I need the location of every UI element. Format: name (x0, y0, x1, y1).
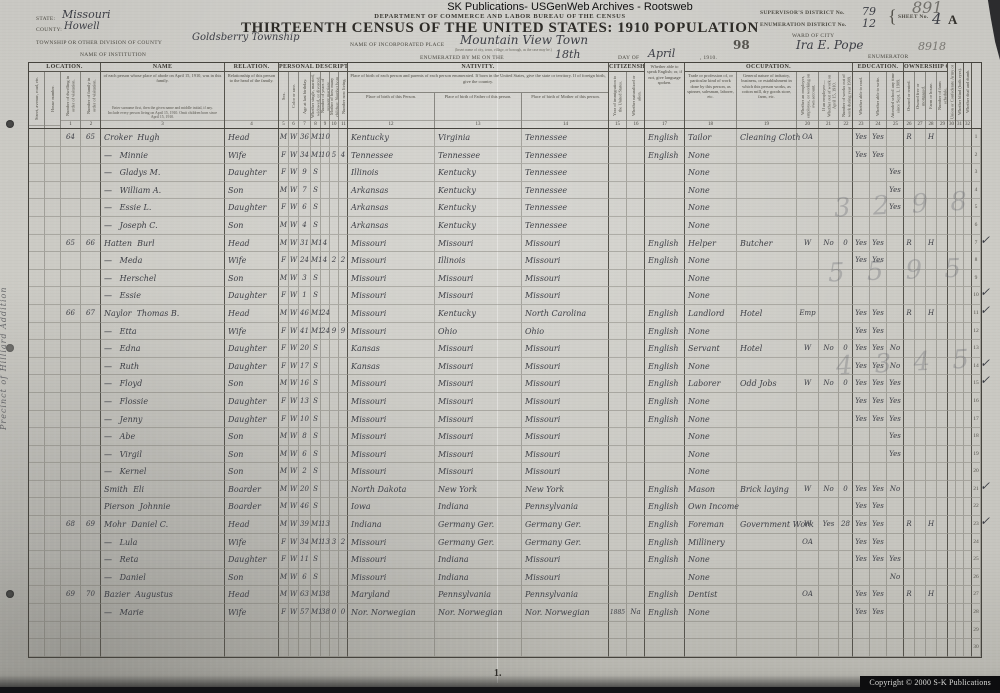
cell-marital: S (311, 411, 321, 429)
cell-employer (797, 252, 819, 270)
cell-children_living (339, 270, 348, 288)
cell-trade: Own Income (685, 498, 737, 516)
cell-war (948, 129, 956, 147)
cell-children_living (339, 393, 348, 411)
cell-pob_father (435, 622, 522, 640)
column-number: 23 (853, 120, 869, 128)
cell-years_married: 38 (321, 586, 330, 604)
cell-pob_mother: Missouri (522, 358, 609, 376)
header-cell-label (976, 63, 978, 128)
cell-color: W (289, 428, 299, 446)
cell-war (948, 428, 956, 446)
cell-age: 3 (299, 270, 311, 288)
cell-out_of_work (819, 393, 839, 411)
cell-write: Yes (870, 534, 887, 552)
cell-age: 13 (299, 393, 311, 411)
cell-family (81, 428, 101, 446)
cell-pob_mother: Tennessee (522, 199, 609, 217)
enumerator-label: ENUMERATOR (868, 54, 909, 60)
cell-blind (956, 147, 964, 165)
cell-out_of_work (819, 586, 839, 604)
cell-years_married (321, 481, 330, 499)
cell-pob_person: Missouri (348, 551, 435, 569)
header-cell-label: Whether naturalized or alien. (631, 72, 642, 120)
cell-color: W (289, 481, 299, 499)
cell-age: 9 (299, 164, 311, 182)
cell-marital: S (311, 428, 321, 446)
cell-family (81, 323, 101, 341)
cell-marital: S (311, 182, 321, 200)
header-cell-label: General nature of industry, business, or… (737, 72, 796, 120)
cell-farm_schedule (937, 534, 948, 552)
cell-pob_mother: Missouri (522, 340, 609, 358)
county-label: COUNTY: (36, 27, 62, 33)
cell-pob_person: Kentucky (348, 129, 435, 147)
cell-weeks_out (839, 411, 853, 429)
cell-color: W (289, 446, 299, 464)
cell-home_free (915, 411, 926, 429)
cell-deaf (964, 411, 972, 429)
cell-school (887, 463, 904, 481)
cell-trade: Landlord (685, 305, 737, 323)
column-number: 3 (101, 120, 224, 128)
cell-house (45, 287, 61, 305)
cell-house (45, 604, 61, 622)
cell-weeks_out (839, 446, 853, 464)
cell-family (81, 252, 101, 270)
stamp-98: 98 (733, 38, 750, 52)
cell-farm_schedule (937, 428, 948, 446)
cell-relation: Son (225, 428, 279, 446)
cell-farm_house (926, 622, 937, 640)
header-cell-label: Owned free or mortgaged. (915, 72, 925, 120)
cell-relation: Wife (225, 534, 279, 552)
cell-sex: M (279, 217, 289, 235)
cell-out_of_work (819, 534, 839, 552)
cell-marital: S (311, 340, 321, 358)
cell-children_born (330, 639, 339, 657)
cell-naturalized (627, 182, 645, 200)
checkmark: ✓ (980, 285, 990, 299)
cell-blind (956, 305, 964, 323)
cell-pob_person: Missouri (348, 270, 435, 288)
cell-naturalized (627, 428, 645, 446)
cell-pob_mother: Tennessee (522, 217, 609, 235)
cell-name: Bazier Augustus (101, 586, 225, 604)
cell-english: English (645, 252, 685, 270)
cell-war (948, 411, 956, 429)
cell-color: W (289, 182, 299, 200)
cell-industry (737, 164, 797, 182)
cell-color: W (289, 604, 299, 622)
cell-english (645, 428, 685, 446)
cell-children_born (330, 217, 339, 235)
cell-out_of_work (819, 287, 839, 305)
state-label: STATE: (36, 16, 55, 22)
cell-age: 41 (299, 323, 311, 341)
cell-color: W (289, 217, 299, 235)
cell-home_free (915, 375, 926, 393)
cell-children_living (339, 428, 348, 446)
cell-weeks_out (839, 569, 853, 587)
cell-color: W (289, 411, 299, 429)
checkmark: ✓ (980, 303, 990, 317)
cell-war (948, 534, 956, 552)
cell-children_living (339, 129, 348, 147)
cell-sex: F (279, 287, 289, 305)
header-cell: Whether able to write.24 (870, 72, 887, 128)
institution-label: NAME OF INSTITUTION (80, 52, 146, 58)
cell-pob_person: Arkansas (348, 217, 435, 235)
cell-sex: F (279, 147, 289, 165)
cell-english (645, 639, 685, 657)
cell-color (289, 622, 299, 640)
cell-home_owned: R (904, 305, 915, 323)
cell-school: Yes (887, 551, 904, 569)
ed-label: ENUMERATION DISTRICT No. (760, 22, 847, 28)
cell-name: — Minnie (101, 147, 225, 165)
header-cell-label: If an employee— Whether out of work on A… (821, 72, 837, 120)
stamp-serial: 8918 (918, 40, 946, 53)
cell-employer: W (797, 481, 819, 499)
header-group: Whether a survivor of the Union or Confe… (948, 63, 956, 128)
cell-children_living (339, 305, 348, 323)
cell-english: English (645, 147, 685, 165)
cell-farm_schedule (937, 323, 948, 341)
cell-trade: None (685, 287, 737, 305)
cell-name: — Joseph C. (101, 217, 225, 235)
cell-marital: S (311, 481, 321, 499)
cell-pob_mother: Tennessee (522, 129, 609, 147)
header-cell: Number of years of present marriage.9 (321, 72, 330, 128)
cell-sex: F (279, 340, 289, 358)
cell-war (948, 516, 956, 534)
header-cell-label: Place of birth of this Person. (365, 93, 417, 120)
cell-write: Yes (870, 481, 887, 499)
cell-family (81, 393, 101, 411)
header-cell-note: Include every person living on April 15,… (101, 111, 224, 120)
cell-pob_mother: Tennessee (522, 182, 609, 200)
cell-industry (737, 586, 797, 604)
cell-marital: M1 (311, 252, 321, 270)
cell-blind (956, 164, 964, 182)
cell-blind (956, 375, 964, 393)
cell-read: Yes (853, 551, 870, 569)
cell-home_free (915, 235, 926, 253)
header-group-title: PERSONAL DESCRIPTION. (279, 63, 347, 72)
cell-sex: M (279, 569, 289, 587)
cell-english (645, 569, 685, 587)
cell-home_owned (904, 639, 915, 657)
cell-deaf (964, 323, 972, 341)
header-cell-label: Trade or profession of, or particular ki… (685, 72, 736, 120)
cell-school (887, 235, 904, 253)
cell-pob_mother: New York (522, 481, 609, 499)
cell-employer (797, 323, 819, 341)
cell-industry (737, 358, 797, 376)
column-number: 29 (937, 120, 948, 128)
header-cell: Place of birth of Father of this person.… (435, 93, 522, 128)
header-cell: Owned free or mortgaged.27 (915, 72, 926, 128)
cell-naturalized (627, 323, 645, 341)
cell-industry: Hotel (737, 340, 797, 358)
cell-farm_house: H (926, 129, 937, 147)
cell-weeks_out (839, 498, 853, 516)
cell-trade: None (685, 411, 737, 429)
cell-marital (311, 622, 321, 640)
cell-naturalized (627, 235, 645, 253)
cell-children_born (330, 358, 339, 376)
cell-naturalized (627, 622, 645, 640)
header-group: NATIVITY.Place of birth of each person a… (348, 63, 609, 128)
cell-war (948, 393, 956, 411)
cell-out_of_work (819, 498, 839, 516)
cell-street (29, 323, 45, 341)
cell-industry (737, 217, 797, 235)
cell-age: 31 (299, 235, 311, 253)
cell-dwelling (61, 358, 81, 376)
cell-age: 63 (299, 586, 311, 604)
cell-house (45, 252, 61, 270)
cell-industry: Butcher (737, 235, 797, 253)
cell-years_married (321, 463, 330, 481)
cell-farm_house (926, 604, 937, 622)
cell-home_owned (904, 147, 915, 165)
column-number (29, 125, 44, 128)
cell-children_living (339, 340, 348, 358)
cell-years_married: 10 (321, 129, 330, 147)
column-number: 7 (299, 120, 310, 128)
cell-name: — Meda (101, 252, 225, 270)
cell-years_married (321, 428, 330, 446)
cell-name: Hatten Burl (101, 235, 225, 253)
cell-trade: Tailor (685, 129, 737, 147)
cell-dwelling (61, 551, 81, 569)
cell-children_living (339, 375, 348, 393)
cell-marital: S (311, 569, 321, 587)
cell-name: — Etta (101, 323, 225, 341)
column-number: 10 (330, 120, 338, 128)
cell-sex: F (279, 358, 289, 376)
cell-family (81, 446, 101, 464)
cell-out_of_work (819, 129, 839, 147)
cell-home_owned (904, 622, 915, 640)
hole-punch (6, 120, 14, 128)
cell-employer (797, 393, 819, 411)
cell-read: Yes (853, 516, 870, 534)
cell-deaf (964, 235, 972, 253)
cell-out_of_work (819, 411, 839, 429)
cell-pob_father: Missouri (435, 446, 522, 464)
cell-house (45, 340, 61, 358)
cell-street (29, 270, 45, 288)
cell-children_living (339, 446, 348, 464)
cell-pob_father: Missouri (435, 235, 522, 253)
cell-read: Yes (853, 586, 870, 604)
header-group: EDUCATION.Whether able to read.23Whether… (853, 63, 904, 128)
cell-pob_person: Missouri (348, 323, 435, 341)
column-number: 24 (870, 120, 886, 128)
header-cell: Owned or rented.26 (904, 72, 915, 128)
checkmark: ✓ (980, 233, 990, 247)
cell-relation: Son (225, 446, 279, 464)
cell-trade: None (685, 393, 737, 411)
cell-read: Yes (853, 481, 870, 499)
cell-pob_mother: Missouri (522, 393, 609, 411)
header-cell: Number now living.11 (339, 72, 348, 128)
column-number: 2 (81, 120, 101, 128)
cell-farm_house (926, 551, 937, 569)
cell-blind (956, 235, 964, 253)
cell-children_born (330, 411, 339, 429)
header-cell-label: House number. (50, 72, 55, 125)
cell-war (948, 622, 956, 640)
cell-pob_mother: Missouri (522, 569, 609, 587)
cell-employer (797, 270, 819, 288)
cell-house (45, 182, 61, 200)
enumerated-day: 18th (555, 48, 581, 61)
cell-naturalized (627, 463, 645, 481)
cell-english: English (645, 235, 685, 253)
cell-write (870, 622, 887, 640)
cell-street (29, 147, 45, 165)
cell-naturalized (627, 305, 645, 323)
cell-pob_mother: Missouri (522, 235, 609, 253)
header-cell: Year of immigration to the United States… (609, 72, 627, 128)
place-value: Mountain View Town (460, 33, 588, 47)
cell-age: 7 (299, 182, 311, 200)
cell-relation: Head (225, 235, 279, 253)
cell-age: 34 (299, 147, 311, 165)
township-value: Goldsberry Township (192, 32, 300, 43)
cell-home_free (915, 516, 926, 534)
cell-relation (225, 622, 279, 640)
cell-home_owned (904, 569, 915, 587)
cell-home_free (915, 287, 926, 305)
cell-blind (956, 604, 964, 622)
cell-industry (737, 622, 797, 640)
cell-trade: None (685, 446, 737, 464)
cell-house (45, 147, 61, 165)
header-group-title: OCCUPATION. (685, 63, 852, 72)
cell-weeks_out (839, 534, 853, 552)
cell-read (853, 463, 870, 481)
cell-trade (685, 639, 737, 657)
cell-pob_father: Missouri (435, 463, 522, 481)
scan-edge-bottom (0, 687, 1000, 693)
cell-age: 6 (299, 199, 311, 217)
cell-deaf (964, 534, 972, 552)
cell-sex: M (279, 498, 289, 516)
cell-relation: Boarder (225, 498, 279, 516)
cell-family: 65 (81, 129, 101, 147)
cell-marital: M1 (311, 586, 321, 604)
cell-children_born (330, 586, 339, 604)
cell-home_owned: R (904, 235, 915, 253)
header-group: PERSONAL DESCRIPTION.Sex.5Color or race.… (279, 63, 348, 128)
cell-blind (956, 217, 964, 235)
cell-write: Yes (870, 235, 887, 253)
cell-age: 46 (299, 498, 311, 516)
cell-out_of_work (819, 622, 839, 640)
county-value: Howell (64, 21, 100, 32)
cell-street (29, 516, 45, 534)
cell-imm_year (609, 393, 627, 411)
township-label: TOWNSHIP OR OTHER DIVISION OF COUNTY (36, 40, 162, 46)
cell-sex: M (279, 235, 289, 253)
cell-blind (956, 622, 964, 640)
cell-color: W (289, 534, 299, 552)
cell-trade: None (685, 182, 737, 200)
cell-house (45, 463, 61, 481)
cell-home_free (915, 463, 926, 481)
cell-relation: Son (225, 182, 279, 200)
header-group-title: NATIVITY. (348, 63, 608, 72)
cell-ln: 16 (972, 393, 981, 411)
cell-imm_year (609, 498, 627, 516)
cell-ln: 18 (972, 428, 981, 446)
cell-pob_person: Missouri (348, 463, 435, 481)
cell-deaf (964, 639, 972, 657)
cell-out_of_work (819, 428, 839, 446)
cell-home_owned (904, 164, 915, 182)
cell-war (948, 446, 956, 464)
cell-pob_father: Kentucky (435, 182, 522, 200)
cell-pob_person: Iowa (348, 498, 435, 516)
header-group: OCCUPATION.Trade or profession of, or pa… (685, 63, 853, 128)
stamp-sheet: 891 (912, 0, 943, 17)
cell-years_married (321, 498, 330, 516)
cell-war (948, 498, 956, 516)
cell-children_born (330, 516, 339, 534)
cell-naturalized (627, 375, 645, 393)
cell-marital: M1 (311, 534, 321, 552)
cell-dwelling (61, 182, 81, 200)
cell-school (887, 586, 904, 604)
cell-deaf (964, 164, 972, 182)
cell-name: — Floyd (101, 375, 225, 393)
cell-pob_father: Germany Ger. (435, 534, 522, 552)
cell-dwelling (61, 569, 81, 587)
cell-dwelling (61, 199, 81, 217)
cell-children_born (330, 551, 339, 569)
cell-children_living (339, 411, 348, 429)
cell-relation: Head (225, 586, 279, 604)
cell-farm_house (926, 147, 937, 165)
cell-home_owned (904, 534, 915, 552)
cell-blind (956, 129, 964, 147)
cell-pob_person: Tennessee (348, 147, 435, 165)
cell-family (81, 340, 101, 358)
cell-war (948, 305, 956, 323)
cell-name: — Gladys M. (101, 164, 225, 182)
cell-industry (737, 604, 797, 622)
column-number: 15 (609, 120, 626, 128)
cell-read: Yes (853, 305, 870, 323)
cell-deaf (964, 305, 972, 323)
cell-years_married: 24 (321, 323, 330, 341)
cell-house (45, 217, 61, 235)
header-group: CITIZENSHIP.Year of immigration to the U… (609, 63, 645, 128)
cell-imm_year (609, 516, 627, 534)
cell-imm_year (609, 287, 627, 305)
header-group: NAMEof each person whose place of abode … (101, 63, 225, 128)
cell-marital: S (311, 393, 321, 411)
cell-home_free (915, 217, 926, 235)
header-cell-label: of each person whose place of abode on A… (101, 72, 224, 106)
cell-house (45, 393, 61, 411)
cell-home_free (915, 393, 926, 411)
